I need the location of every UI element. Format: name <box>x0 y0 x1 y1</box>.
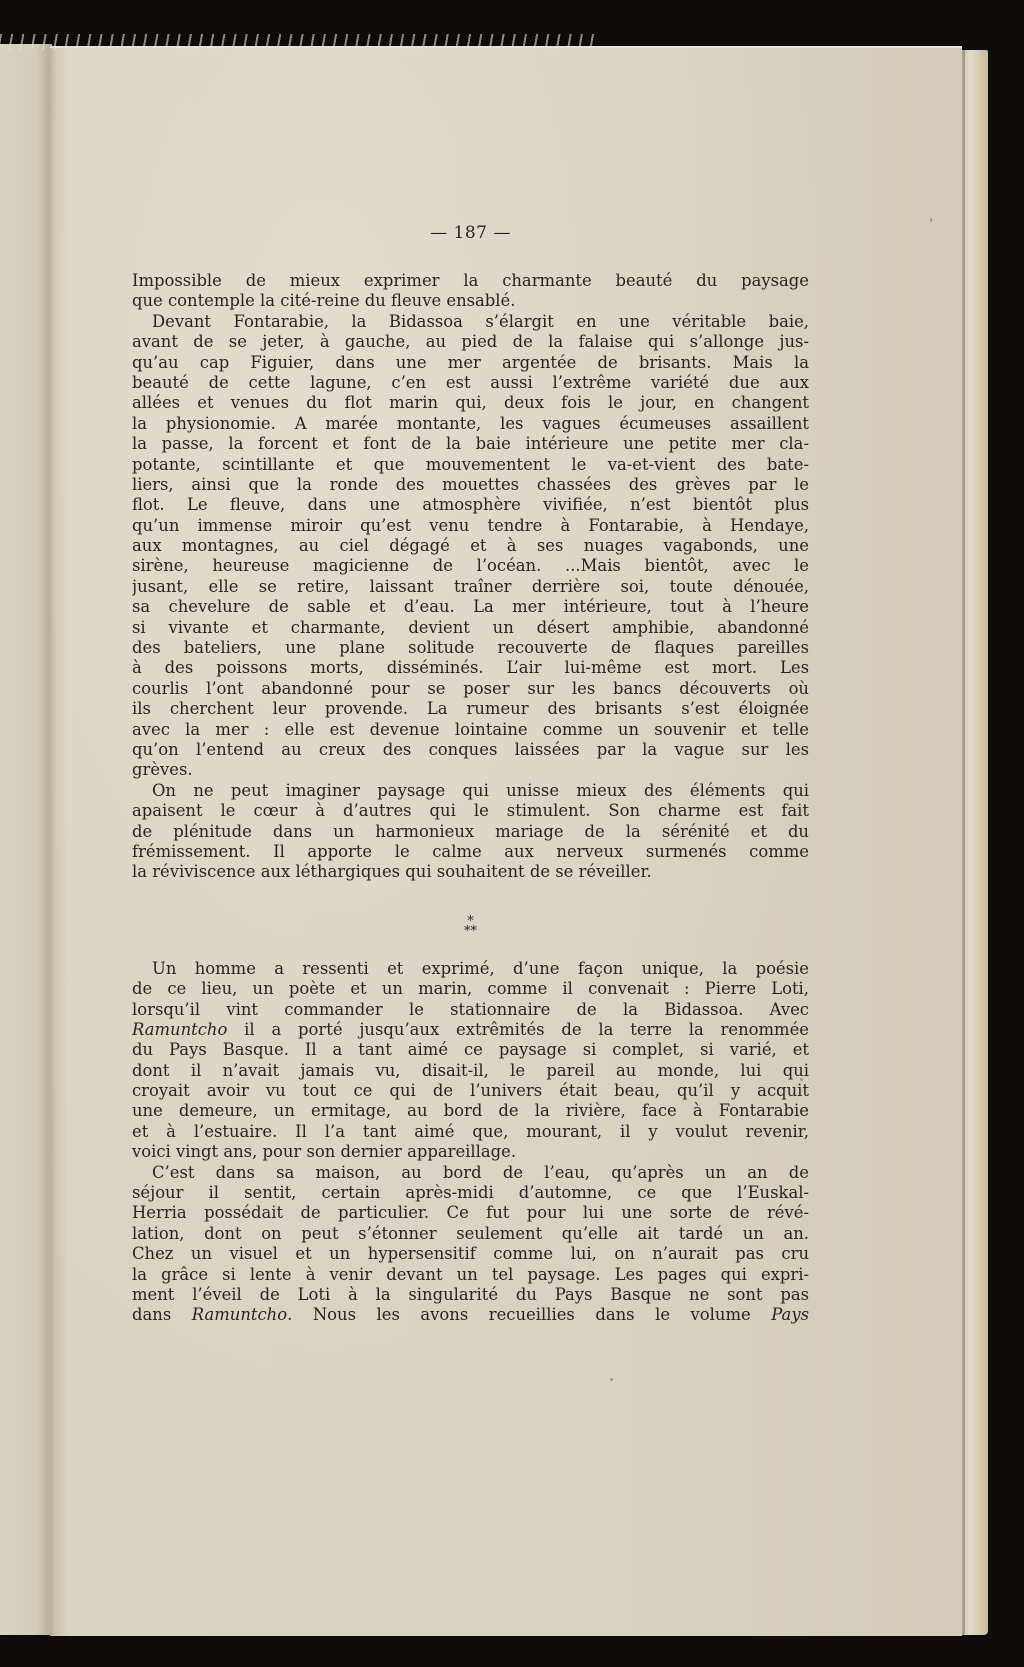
text-line: qu’on l’entend au creux des conques lais… <box>132 740 809 760</box>
text-line: potante, scintillante et que mouvementen… <box>132 455 809 475</box>
text-line: Chez un visuel et un hypersensitif comme… <box>132 1244 809 1264</box>
text-line: la réviviscence aux léthargiques qui sou… <box>132 862 809 882</box>
book-page: — 187 — Impossible de mieux exprimer la … <box>50 46 962 1636</box>
text-line: voici vingt ans, pour son dernier appare… <box>132 1142 809 1162</box>
text-line: la grâce si lente à venir devant un tel … <box>132 1265 809 1285</box>
text-line: Impossible de mieux exprimer la charmant… <box>132 271 809 291</box>
section-break-asterism: *** <box>132 909 809 959</box>
paper-speck <box>610 1378 613 1381</box>
text-line: que contemple la cité-reine du fleuve en… <box>132 291 809 311</box>
page-number: — 187 — <box>132 223 809 243</box>
text-line: flot. Le fleuve, dans une atmosphère viv… <box>132 495 809 515</box>
text-line: C’est dans sa maison, au bord de l’eau, … <box>132 1163 809 1183</box>
text-line: beauté de cette lagune, c’en est aussi l… <box>132 373 809 393</box>
text-line: la passe, la forcent et font de la baie … <box>132 434 809 454</box>
text-line: dont il n’avait jamais vu, disait-il, le… <box>132 1061 809 1081</box>
asterism-bottom: ** <box>132 927 809 937</box>
text-line: ils cherchent leur provende. La rumeur d… <box>132 699 809 719</box>
text-line: lation, dont on peut s’étonner seulement… <box>132 1224 809 1244</box>
paragraph: C’est dans sa maison, au bord de l’eau, … <box>132 1163 809 1326</box>
text-line: et à l’estuaire. Il l’a tant aimé que, m… <box>132 1122 809 1142</box>
text-line: Ramuntcho il a porté jusqu’aux extrêmité… <box>132 1020 809 1040</box>
text-line: ment l’éveil de Loti à la singularité du… <box>132 1285 809 1305</box>
text-line: apaisent le cœur à d’autres qui le stimu… <box>132 801 809 821</box>
text-line: liers, ainsi que la ronde des mouettes c… <box>132 475 809 495</box>
italic-title: Pays <box>771 1305 809 1324</box>
paragraph: Impossible de mieux exprimer la charmant… <box>132 271 809 312</box>
paragraph: On ne peut imaginer paysage qui unisse m… <box>132 781 809 883</box>
text-line: de plénitude dans un harmonieux mariage … <box>132 822 809 842</box>
paragraph: Devant Fontarabie, la Bidassoa s’élargit… <box>132 312 809 781</box>
paragraph: Un homme a ressenti et exprimé, d’une fa… <box>132 959 809 1163</box>
text-line: aux montagnes, au ciel dégagé et à ses n… <box>132 536 809 556</box>
text-line: avec la mer : elle est devenue lointaine… <box>132 720 809 740</box>
italic-title: Ramuntcho <box>132 1020 227 1039</box>
paper-speck <box>800 1078 803 1081</box>
text-line: lorsqu’il vint commander le stationnaire… <box>132 1000 809 1020</box>
text-line: sirène, heureuse magicienne de l’océan. … <box>132 556 809 576</box>
page-body: Impossible de mieux exprimer la charmant… <box>132 271 809 1326</box>
text-line: Un homme a ressenti et exprimé, d’une fa… <box>132 959 809 979</box>
text-line: qu’au cap Figuier, dans une mer argentée… <box>132 353 809 373</box>
text-line: Devant Fontarabie, la Bidassoa s’élargit… <box>132 312 809 332</box>
text-line: jusant, elle se retire, laissant traîner… <box>132 577 809 597</box>
text-line: croyait avoir vu tout ce qui de l’univer… <box>132 1081 809 1101</box>
page-stack-edge <box>958 50 988 1635</box>
text-line: du Pays Basque. Il a tant aimé ce paysag… <box>132 1040 809 1060</box>
text-line: allées et venues du flot marin qui, deux… <box>132 393 809 413</box>
text-line: de ce lieu, un poète et un marin, comme … <box>132 979 809 999</box>
text-line: On ne peut imaginer paysage qui unisse m… <box>132 781 809 801</box>
text-line: grèves. <box>132 760 809 780</box>
text-line: une demeure, un ermitage, au bord de la … <box>132 1101 809 1121</box>
text-line: sa chevelure de sable et d’eau. La mer i… <box>132 597 809 617</box>
facing-page-edge <box>0 44 52 1635</box>
text-line: avant de se jeter, à gauche, au pied de … <box>132 332 809 352</box>
text-line: courlis l’ont abandonné pour se poser su… <box>132 679 809 699</box>
book-scan: — 187 — Impossible de mieux exprimer la … <box>0 0 1024 1667</box>
text-line: si vivante et charmante, devient un dése… <box>132 618 809 638</box>
text-line: des bateliers, une plane solitude recouv… <box>132 638 809 658</box>
text-line: qu’un immense miroir qu’est venu tendre … <box>132 516 809 536</box>
text-line: séjour il sentit, certain après-midi d’a… <box>132 1183 809 1203</box>
text-line: frémissement. Il apporte le calme aux ne… <box>132 842 809 862</box>
paper-speck <box>930 218 932 222</box>
italic-title: Ramuntcho <box>192 1305 287 1324</box>
text-line: à des poissons morts, disséminés. L’air … <box>132 658 809 678</box>
text-line: la physionomie. A marée montante, les va… <box>132 414 809 434</box>
text-line: Herria possédait de particulier. Ce fut … <box>132 1203 809 1223</box>
text-line: dans Ramuntcho. Nous les avons recueilli… <box>132 1305 809 1325</box>
section-spacer <box>132 883 809 909</box>
